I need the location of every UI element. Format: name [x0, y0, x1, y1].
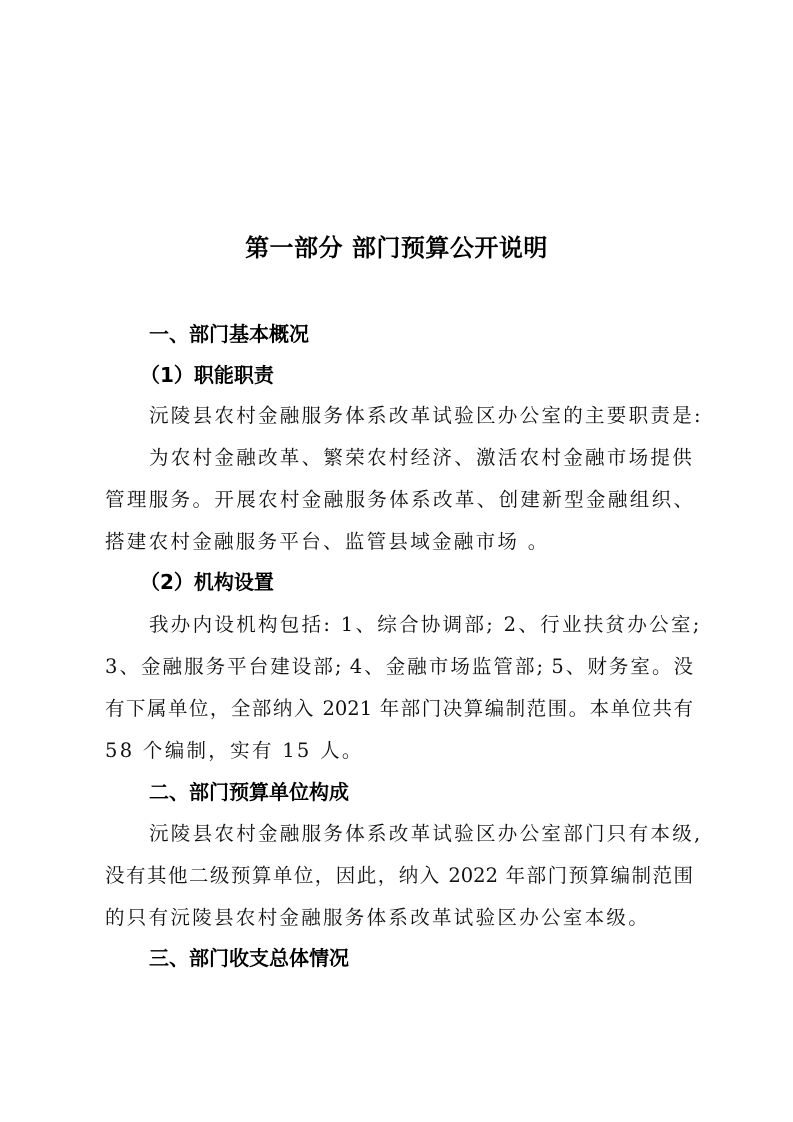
paragraph-line: 搭建农村金融服务平台、监管县域金融市场 。	[105, 526, 550, 554]
paragraph-line: 的只有沅陵县农村金融服务体系改革试验区办公室本级。	[105, 902, 650, 930]
paragraph-line: 我办内设机构包括: 1、综合协调部; 2、行业扶贫办公室;	[149, 609, 702, 637]
section-heading-1: 一、部门基本概况	[149, 318, 309, 347]
paragraph-line: 管理服务。开展农村金融服务体系改革、创建新型金融组织、	[105, 484, 693, 512]
section-heading-2: 二、部门预算单位构成	[149, 776, 349, 805]
paragraph-line: 沅陵县农村金融服务体系改革试验区办公室的主要职责是:	[149, 400, 703, 428]
paragraph-line: 3、金融服务平台建设部; 4、金融市场监管部; 5、财务室。没	[105, 651, 693, 679]
paragraph-line: 为农村金融改革、繁荣农村经济、激活农村金融市场提供	[149, 442, 694, 470]
paragraph-line: 58 个编制，实有 15 人。	[105, 735, 364, 763]
section-heading-3: 三、部门收支总体情况	[149, 942, 349, 971]
page-title: 第一部分 部门预算公开说明	[0, 228, 793, 263]
subsection-heading-structure: （2）机构设置	[140, 566, 274, 595]
document-page: 第一部分 部门预算公开说明 一、部门基本概况 （1）职能职责 沅陵县农村金融服务…	[0, 0, 793, 1122]
paragraph-line: 有下属单位，全部纳入 2021 年部门决算编制范围。本单位共有	[105, 693, 693, 721]
paragraph-line: 没有其他二级预算单位，因此，纳入 2022 年部门预算编制范围	[105, 860, 693, 888]
paragraph-line: 沅陵县农村金融服务体系改革试验区办公室部门只有本级,	[149, 818, 703, 846]
subsection-heading-duties: （1）职能职责	[140, 359, 274, 388]
